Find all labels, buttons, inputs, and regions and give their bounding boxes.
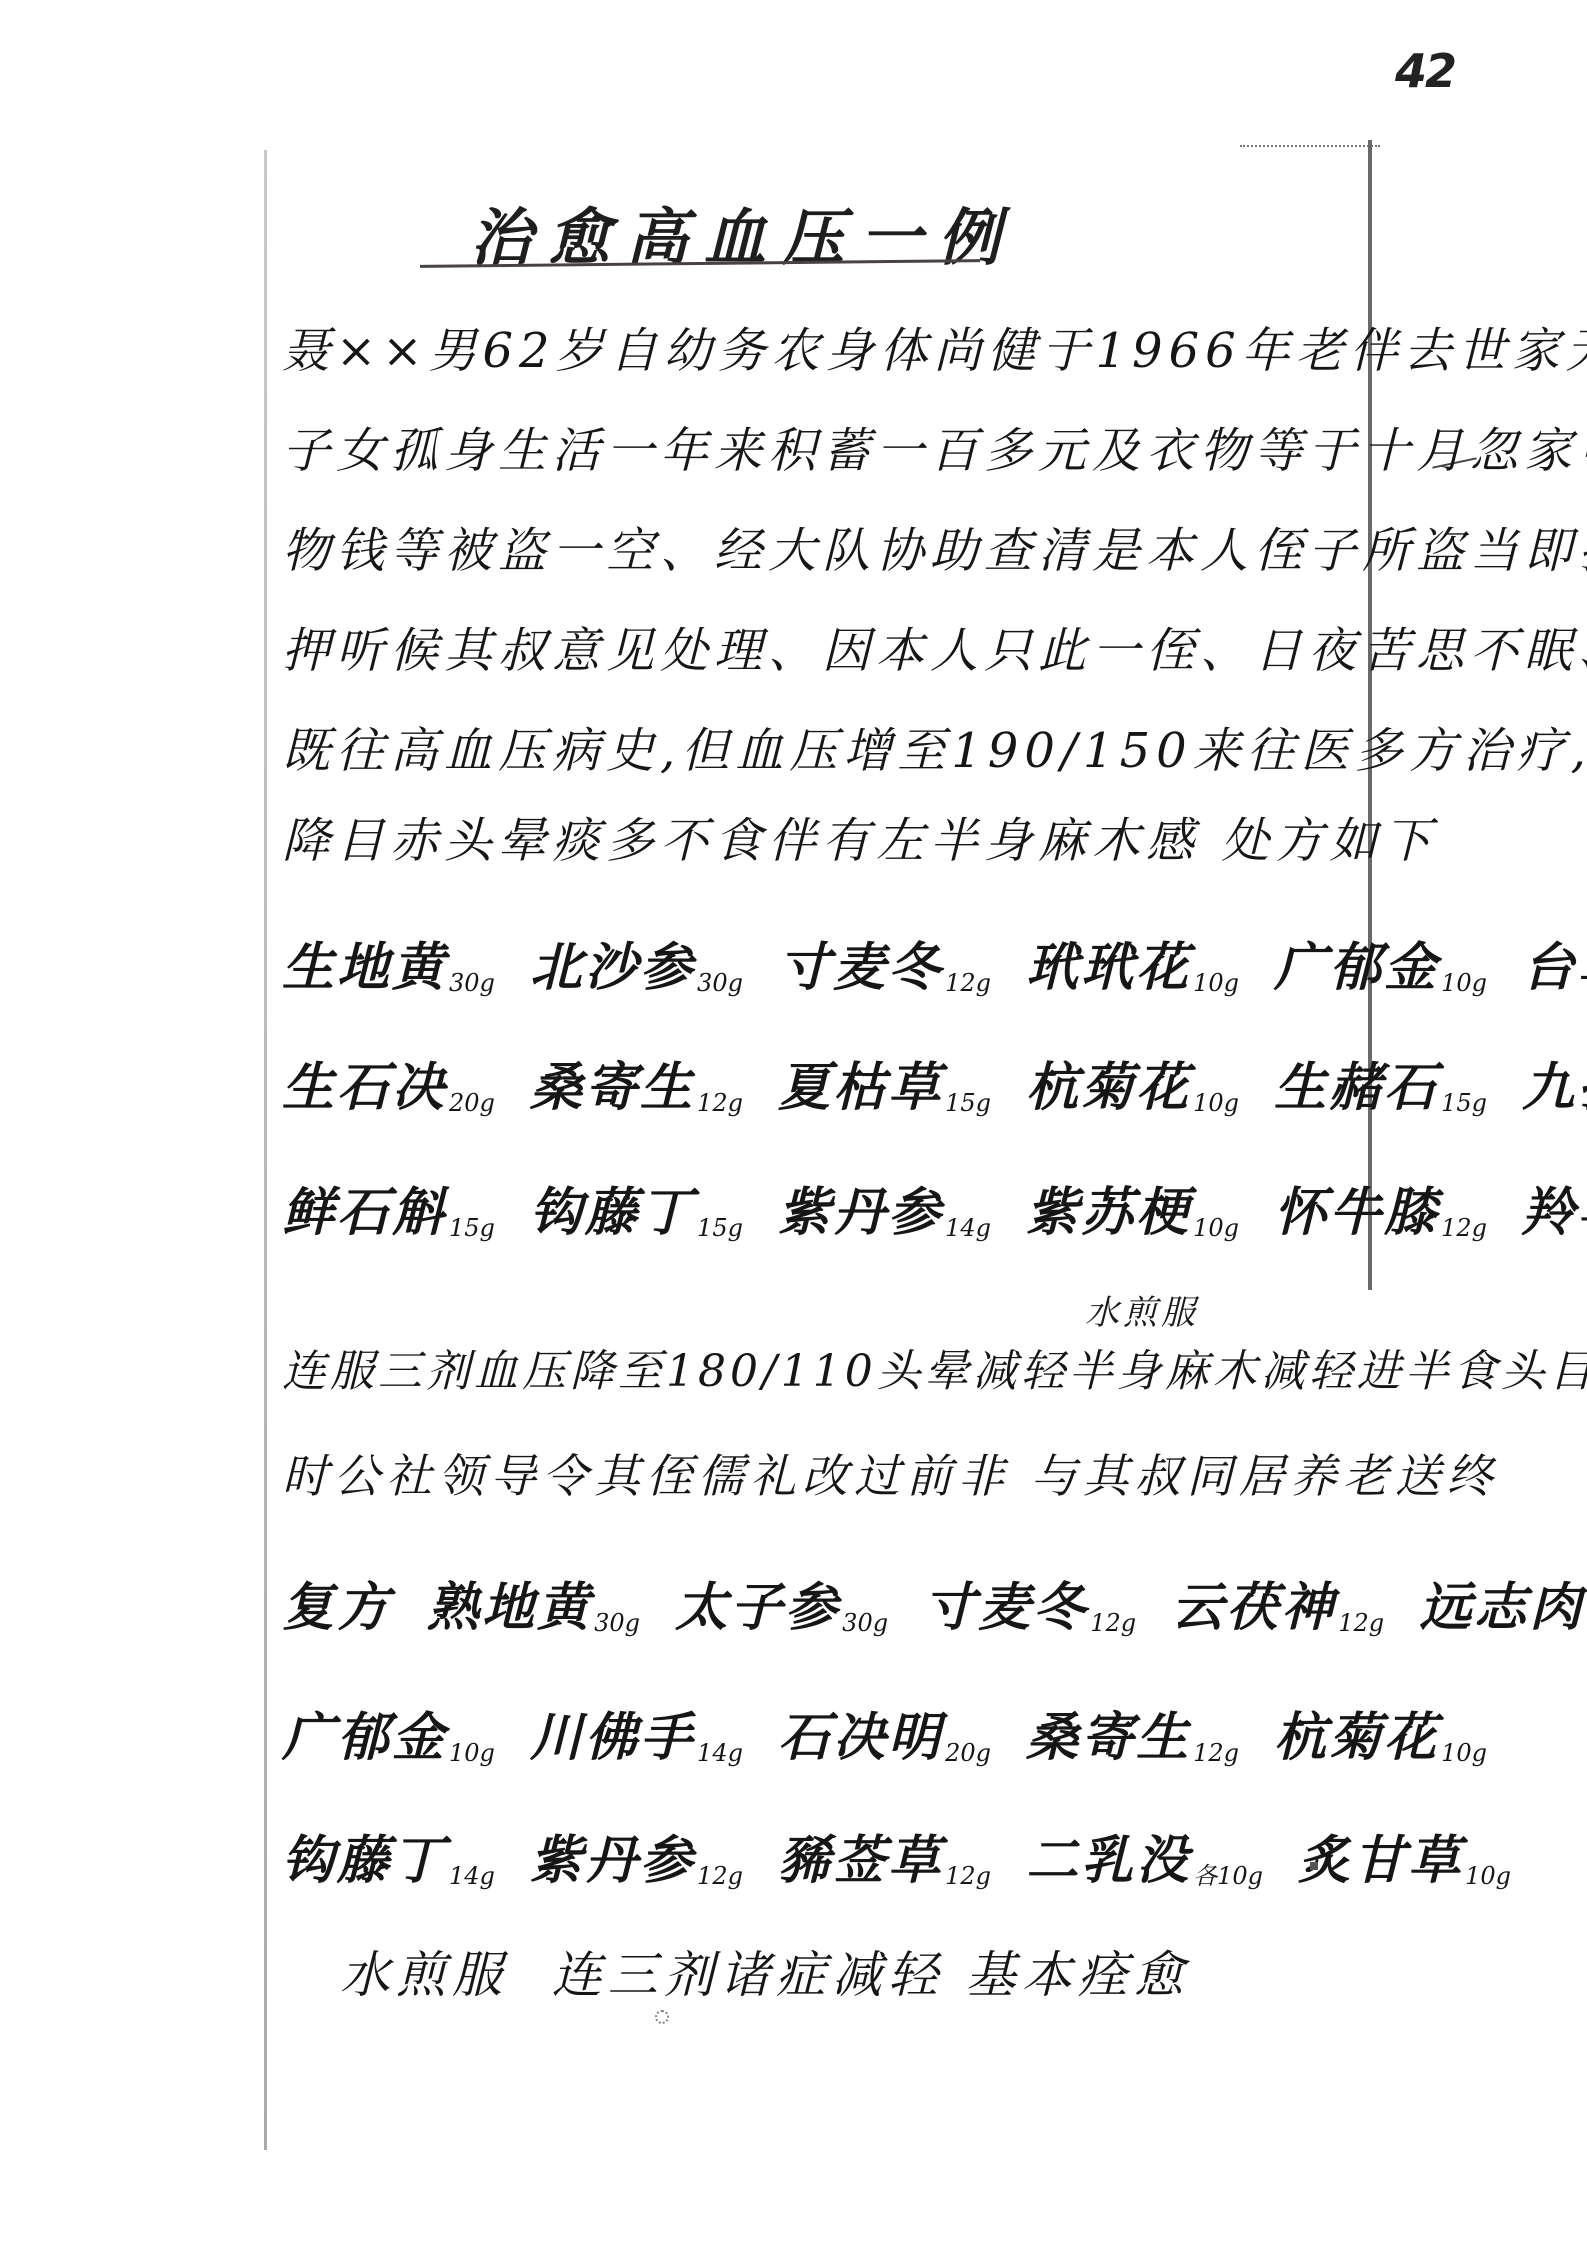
outcome-line: 水煎服 连三剂诸症减轻 基本痊愈	[340, 1935, 1190, 2007]
herb-item: 生赭石15g	[1274, 1057, 1487, 1118]
herb-item: 杭菊花10g	[1274, 1707, 1487, 1768]
herb-item: 夏枯草15g	[778, 1057, 991, 1118]
history-line-1: 聂××男62岁自幼务农身体尚健于1966年老伴去世家无	[282, 312, 1587, 381]
prescription-2-label: 复方	[282, 1577, 392, 1638]
herb-item: 钩藤丁14g	[282, 1830, 495, 1891]
herb-item: 远志肉14g	[1419, 1577, 1587, 1638]
progress-line-1: 连服三剂血压降至180/110头晕减轻半身麻木减轻进半食头目觉清	[282, 1335, 1587, 1399]
prescription-1-row-3: 鲜石斛15g 钩藤丁15g 紫丹参14g 紫苏梗10g 怀牛膝12g 羚羊粉0.…	[282, 1170, 1587, 1245]
history-line-6: 降目赤头晕痰多不食伴有左半身麻木感 处方如下	[282, 802, 1437, 871]
herb-item: 川佛手14g	[530, 1707, 743, 1768]
herb-item: 太子参30g	[675, 1577, 888, 1638]
history-line-3: 物钱等被盗一空、经大队协助查清是本人侄子所盗当即扣	[282, 512, 1587, 581]
herb-item: 寸麦冬12g	[778, 937, 991, 998]
page-number: 42	[1395, 44, 1455, 98]
herb-item: 生石决20g	[282, 1057, 495, 1118]
herb-item: 桑寄生12g	[1026, 1707, 1239, 1768]
herb-item: 桑寄生12g	[530, 1057, 743, 1118]
history-line-2: 子女孤身生活一年来积蓄一百多元及衣物等于十月忽家中衣	[282, 412, 1587, 481]
herb-item: 豨莶草12g	[778, 1830, 991, 1891]
herb-item: 台乌药10g	[1522, 937, 1587, 998]
prescription-1-instruction: 水煎服	[1085, 1285, 1199, 1334]
herb-item: 寸麦冬12g	[923, 1577, 1136, 1638]
herb-item: 九孔石决明10g	[1522, 1057, 1587, 1118]
herb-item: 钩藤丁15g	[530, 1182, 743, 1243]
herb-item: 石决明20g	[778, 1707, 991, 1768]
herb-item: 怀牛膝12g	[1274, 1182, 1487, 1243]
prescription-2-row-2: 广郁金10g 川佛手14g 石决明20g 桑寄生12g 杭菊花10g	[282, 1695, 1501, 1770]
left-margin-line	[264, 150, 267, 2150]
herb-item: 紫丹参12g	[530, 1830, 743, 1891]
herb-item: 广郁金10g	[282, 1707, 495, 1768]
herb-item: 紫丹参14g	[778, 1182, 991, 1243]
prescription-2-row-1: 复方 熟地黄30g 太子参30g 寸麦冬12g 云茯神12g 远志肉14g	[282, 1565, 1587, 1640]
history-line-4: 押听候其叔意见处理、因本人只此一侄、日夜苦思不眠、无	[282, 612, 1587, 681]
prescription-1-row-1: 生地黄30g 北沙参30g 寸麦冬12g 玳玳花10g 广郁金10g 台乌药10…	[282, 925, 1587, 1000]
ink-dot	[1310, 1862, 1318, 1870]
herb-item: 生地黄30g	[282, 937, 495, 998]
prescription-1-row-2: 生石决20g 桑寄生12g 夏枯草15g 杭菊花10g 生赭石15g 九孔石决明…	[282, 1045, 1587, 1120]
herb-item: 北沙参30g	[530, 937, 743, 998]
progress-line-2: 时公社领导令其侄儒礼改过前非 与其叔同居养老送终	[282, 1440, 1499, 1506]
history-line-5: 既往高血压病史,但血压增至190/150来往医多方治疗,仍血压不	[282, 712, 1587, 781]
herb-item: 玳玳花10g	[1026, 937, 1239, 998]
herb-item: 熟地黄30g	[427, 1577, 640, 1638]
herb-item: 鲜石斛15g	[282, 1182, 495, 1243]
herb-item: 广郁金10g	[1274, 937, 1487, 998]
herb-item: 二乳没各10g	[1026, 1830, 1263, 1891]
ink-speck	[655, 2010, 669, 2024]
prescription-2-row-3: 钩藤丁14g 紫丹参12g 豨莶草12g 二乳没各10g 炙甘草10g	[282, 1818, 1525, 1893]
herb-item: 炙甘草10g	[1298, 1830, 1511, 1891]
herb-item: 羚羊粉0.4g冲	[1522, 1182, 1587, 1243]
herb-item: 云茯神12g	[1171, 1577, 1384, 1638]
herb-item: 紫苏梗10g	[1026, 1182, 1239, 1243]
margin-dash	[1240, 145, 1380, 149]
herb-item: 杭菊花10g	[1026, 1057, 1239, 1118]
